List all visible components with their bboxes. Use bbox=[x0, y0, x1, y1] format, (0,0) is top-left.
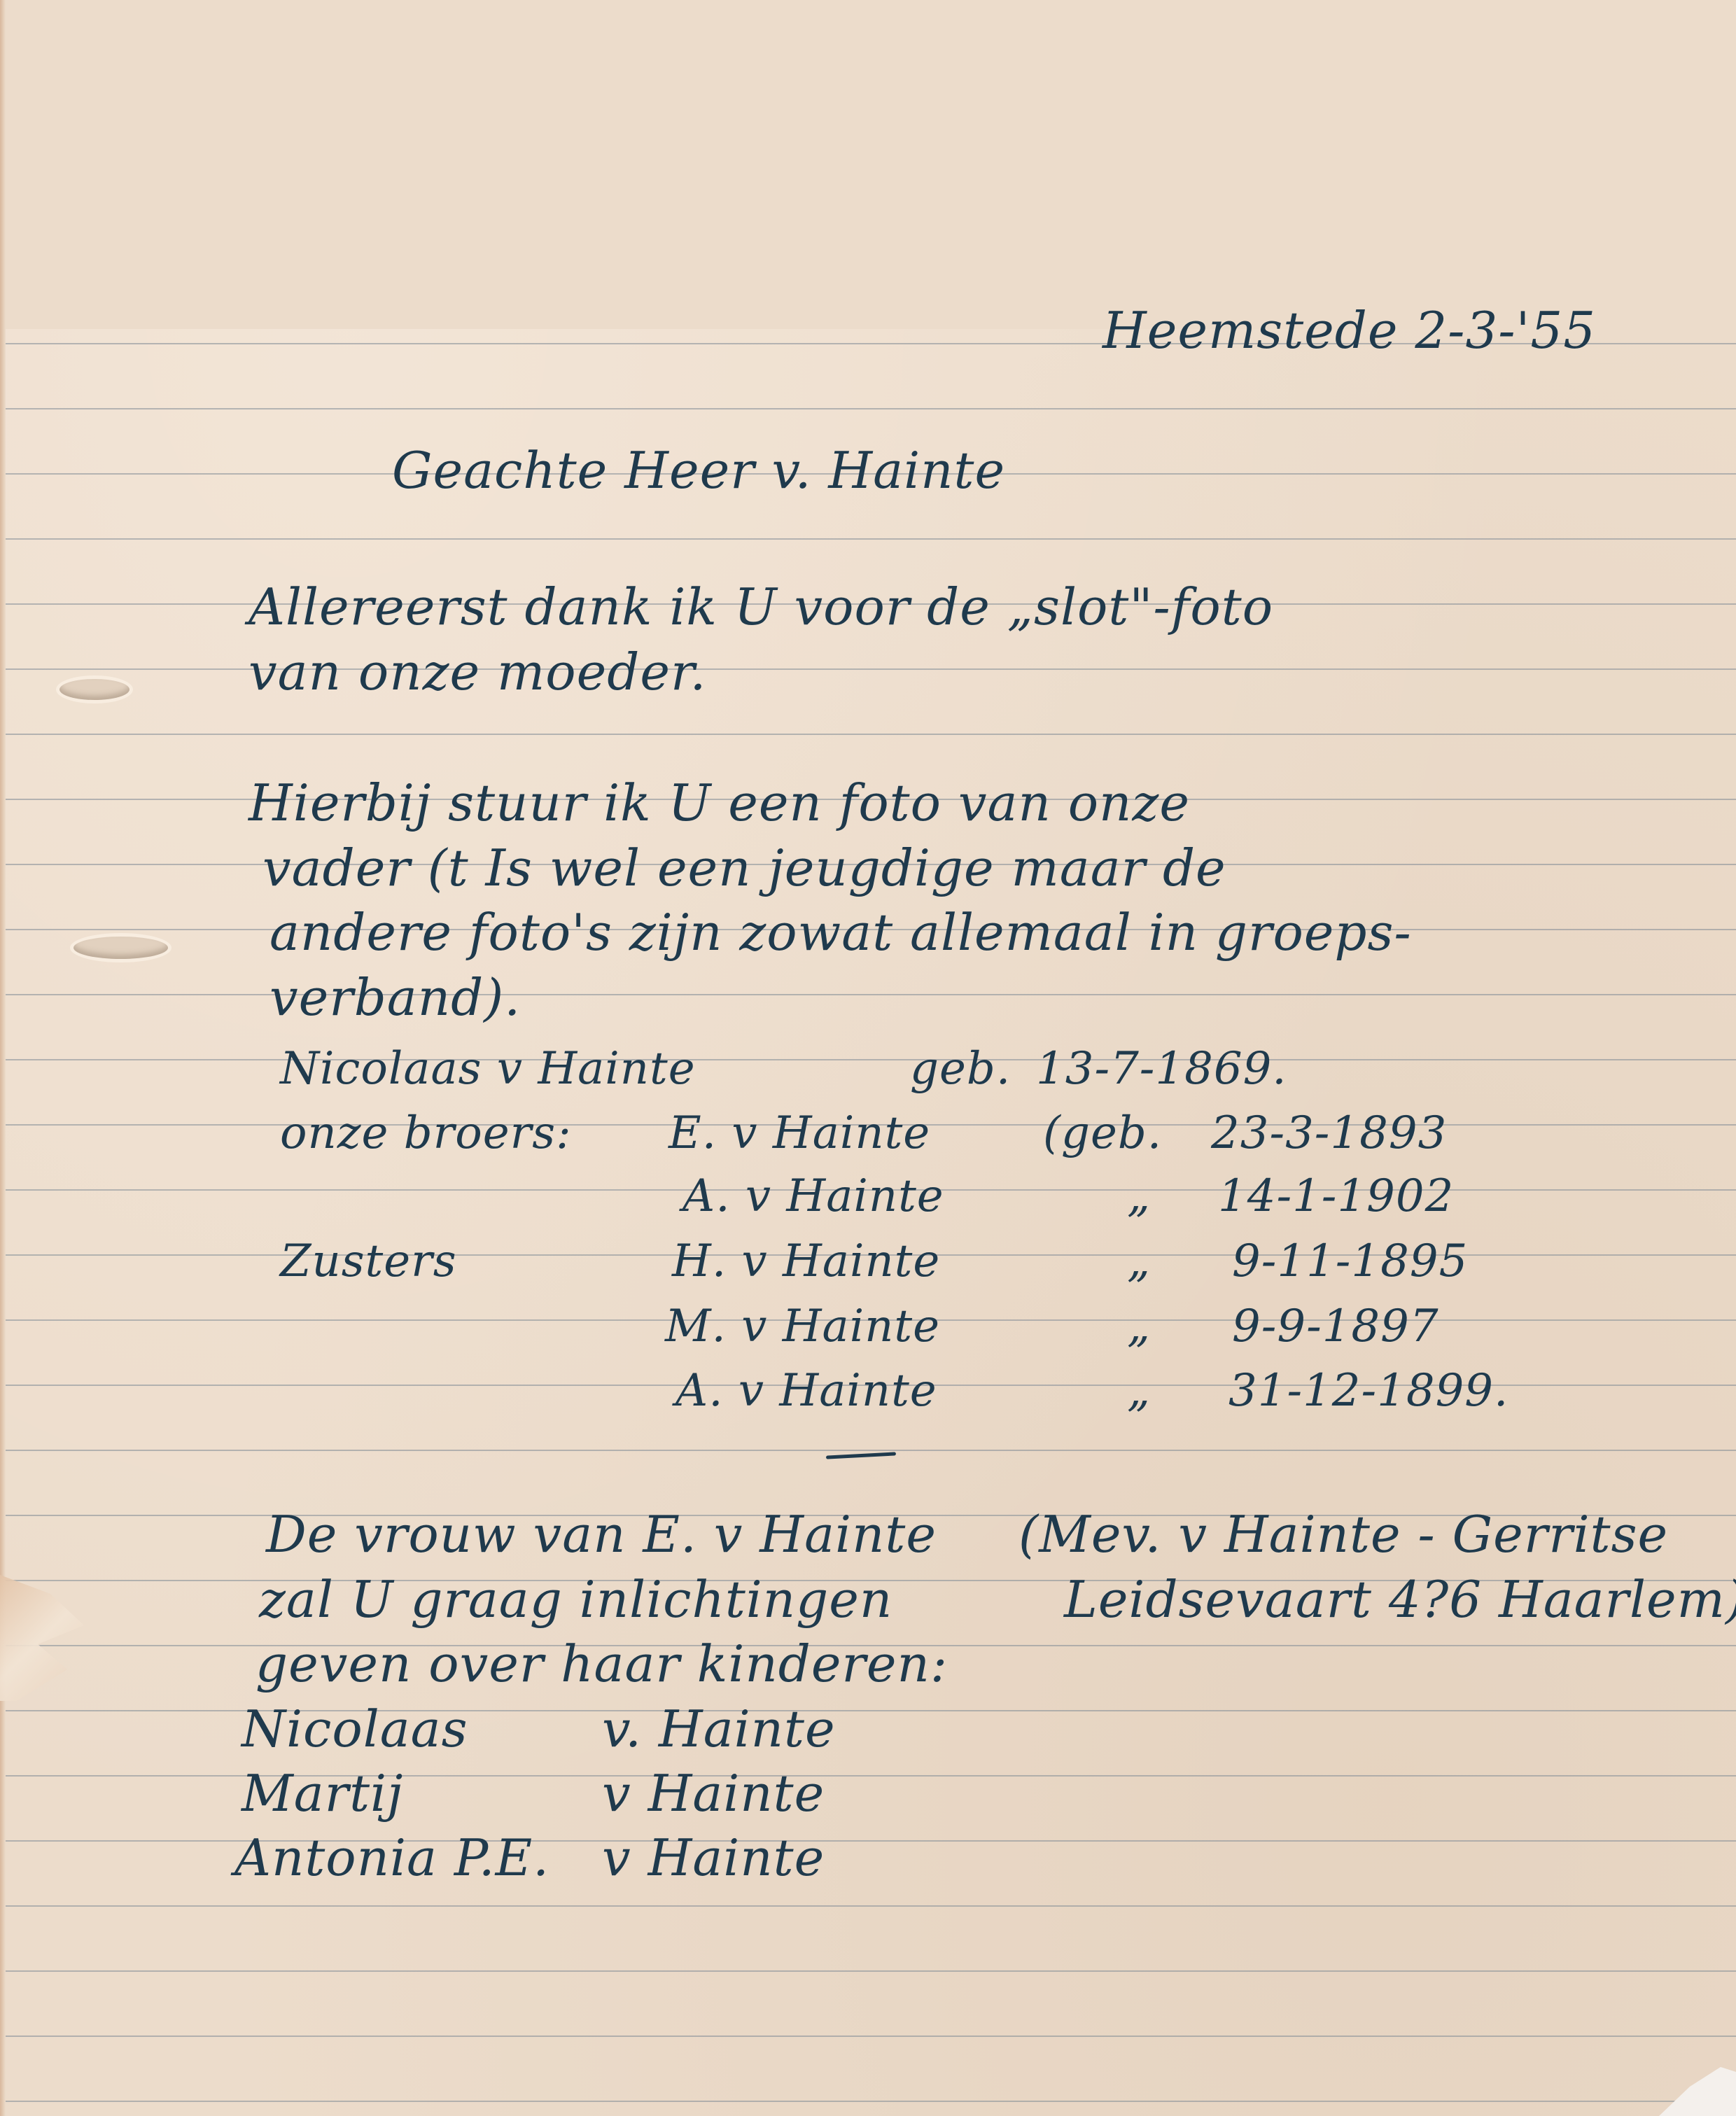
paragraph3-line2: zal U graag inlichtingen bbox=[259, 1570, 892, 1629]
child-1-first-name: Nicolaas bbox=[241, 1700, 468, 1758]
paragraph1-line2: van onze moeder. bbox=[248, 643, 706, 701]
paragraph2-line4: verband). bbox=[269, 968, 521, 1027]
brothers-label: onze broers: bbox=[280, 1107, 572, 1159]
sister-1-name: H. v Hainte bbox=[672, 1235, 940, 1287]
sisters-label: Zusters bbox=[280, 1235, 457, 1287]
punch-hole-bottom bbox=[73, 937, 168, 959]
child-2-first-name: Martij bbox=[241, 1764, 403, 1823]
paragraph3-line3: geven over haar kinderen: bbox=[255, 1634, 948, 1693]
paragraph3-line1: De vrouw van E. v Hainte bbox=[266, 1505, 937, 1564]
paragraph2-line2: vader (t Is wel een jeugdige maar de bbox=[262, 839, 1226, 897]
brother-2-prefix: „ bbox=[1127, 1170, 1151, 1222]
father-born-label: geb. bbox=[910, 1043, 1011, 1095]
paper-left-edge bbox=[0, 0, 6, 2116]
sister-3-prefix: „ bbox=[1127, 1365, 1151, 1417]
paragraph2-line1: Hierbij stuur ik U een foto van onze bbox=[248, 773, 1190, 832]
sister-3-date: 31-12-1899. bbox=[1228, 1365, 1508, 1417]
child-1-last-name: v. Hainte bbox=[602, 1700, 836, 1758]
sister-2-prefix: „ bbox=[1127, 1301, 1151, 1352]
place-date: Heemstede 2-3-'55 bbox=[1102, 301, 1596, 360]
child-3-first-name: Antonia P.E. bbox=[234, 1828, 549, 1887]
sister-2-date: 9-9-1897 bbox=[1232, 1301, 1439, 1352]
brother-1-date: 23-3-1893 bbox=[1211, 1107, 1447, 1159]
brother-2-date: 14-1-1902 bbox=[1218, 1170, 1454, 1222]
sister-3-name: A. v Hainte bbox=[675, 1365, 937, 1417]
child-2-last-name: v Hainte bbox=[602, 1764, 825, 1823]
paragraph1-line1: Allereerst dank ik U voor de „slot"-foto bbox=[248, 577, 1273, 636]
salutation: Geachte Heer v. Hainte bbox=[392, 441, 1005, 500]
brother-2-name: A. v Hainte bbox=[682, 1170, 944, 1222]
paragraph3-aside-line2: Leidsevaart 4?6 Haarlem) bbox=[1064, 1570, 1736, 1629]
father-name: Nicolaas v Hainte bbox=[280, 1043, 696, 1095]
father-birth-date: 13-7-1869. bbox=[1036, 1043, 1287, 1095]
sister-1-prefix: „ bbox=[1127, 1235, 1151, 1287]
top-margin bbox=[0, 0, 1736, 329]
brother-1-name: E. v Hainte bbox=[668, 1107, 930, 1159]
paragraph3-aside-line1: (Mev. v Hainte - Gerritse bbox=[1018, 1505, 1668, 1564]
sister-1-date: 9-11-1895 bbox=[1232, 1235, 1468, 1287]
punch-hole-top bbox=[59, 679, 129, 700]
sister-2-name: M. v Hainte bbox=[665, 1301, 940, 1352]
brother-1-prefix: (geb. bbox=[1043, 1107, 1162, 1159]
child-3-last-name: v Hainte bbox=[602, 1828, 825, 1887]
paragraph2-line3: andere foto's zijn zowat allemaal in gro… bbox=[269, 903, 1412, 962]
